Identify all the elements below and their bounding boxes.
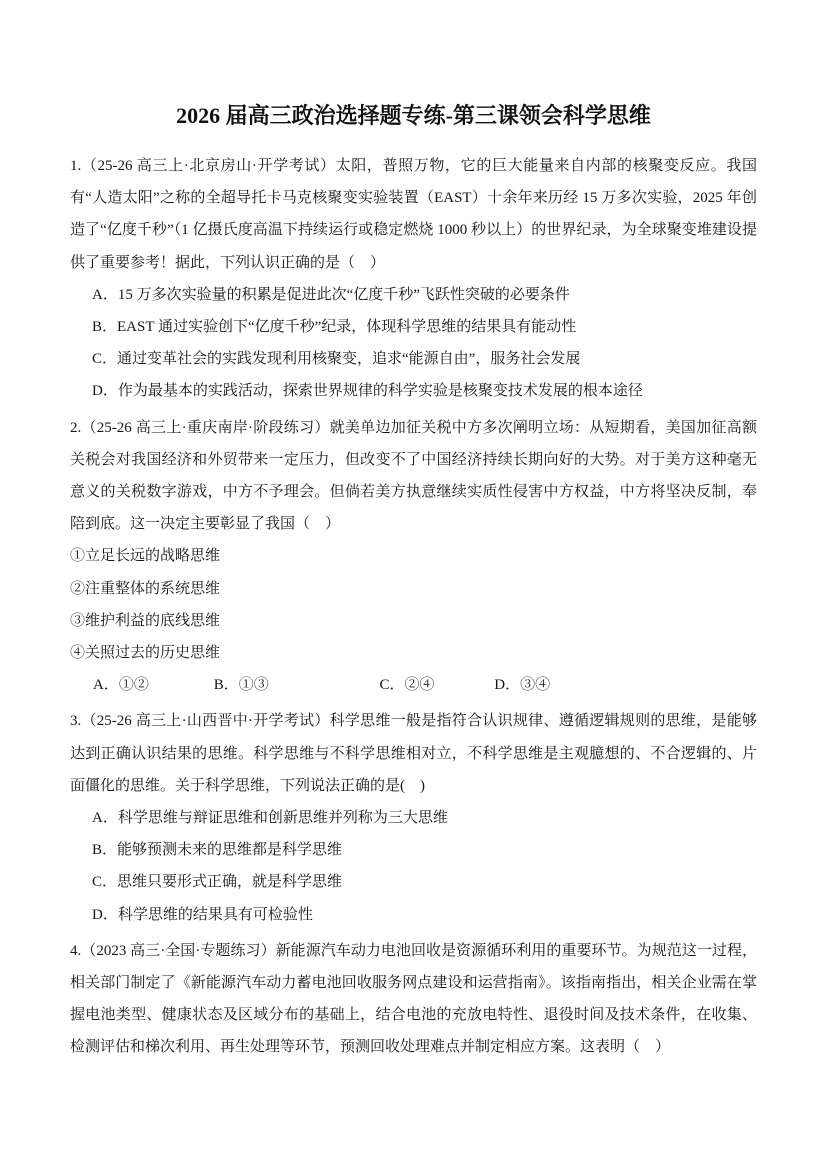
question-3-option-b: B．能够预测未来的思维都是科学思维: [70, 834, 757, 866]
question-2-numbered-item-4: ④关照过去的历史思维: [70, 637, 757, 669]
question-1-option-b: B．EAST 通过实验创下“亿度千秒”纪录，体现科学思维的结果具有能动性: [70, 311, 757, 343]
question-3-option-d: D．科学思维的结果具有可检验性: [70, 899, 757, 931]
document-page: 2026 届高三政治选择题专练-第三课领会科学思维 1.（25-26 高三上·北…: [0, 0, 827, 1169]
question-3-stem: 3.（25-26 高三上·山西晋中·开学考试）科学思维一般是指符合认识规律、遵循…: [70, 705, 757, 802]
question-2-choice-row: A．①② B．①③ C．②④ D．③④: [70, 669, 757, 701]
document-title: 2026 届高三政治选择题专练-第三课领会科学思维: [70, 101, 757, 131]
question-2-numbered-item-3: ③维护利益的底线思维: [70, 605, 757, 637]
question-1-option-a: A．15 万多次实验量的积累是促进此次“亿度千秒”飞跃性突破的必要条件: [70, 279, 757, 311]
question-2-stem: 2.（25-26 高三上·重庆南岸·阶段练习）就美单边加征关税中方多次阐明立场：…: [70, 412, 757, 541]
question-3: 3.（25-26 高三上·山西晋中·开学考试）科学思维一般是指符合认识规律、遵循…: [70, 705, 757, 930]
question-2-numbered-item-2: ②注重整体的系统思维: [70, 573, 757, 605]
question-1-option-c: C．通过变革社会的实践发现利用核聚变，追求“能源自由”，服务社会发展: [70, 343, 757, 375]
question-1-option-d: D．作为最基本的实践活动，探索世界规律的科学实验是核聚变技术发展的根本途径: [70, 375, 757, 407]
question-2-choice-a: A．①②: [93, 669, 210, 701]
question-1: 1.（25-26 高三上·北京房山·开学考试）太阳，普照万物，它的巨大能量来自内…: [70, 150, 757, 408]
question-3-option-c: C．思维只要形式正确，就是科学思维: [70, 866, 757, 898]
question-1-stem: 1.（25-26 高三上·北京房山·开学考试）太阳，普照万物，它的巨大能量来自内…: [70, 150, 757, 279]
question-2: 2.（25-26 高三上·重庆南岸·阶段练习）就美单边加征关税中方多次阐明立场：…: [70, 412, 757, 702]
question-2-choice-b: B．①③: [214, 669, 376, 701]
question-4: 4.（2023 高三·全国·专题练习）新能源汽车动力电池回收是资源循环利用的重要…: [70, 935, 757, 1064]
question-2-choice-d: D．③④: [494, 669, 550, 701]
question-2-numbered-item-1: ①立足长远的战略思维: [70, 540, 757, 572]
question-4-stem: 4.（2023 高三·全国·专题练习）新能源汽车动力电池回收是资源循环利用的重要…: [70, 935, 757, 1064]
question-2-choice-c: C．②④: [380, 669, 491, 701]
question-3-option-a: A．科学思维与辩证思维和创新思维并列称为三大思维: [70, 802, 757, 834]
